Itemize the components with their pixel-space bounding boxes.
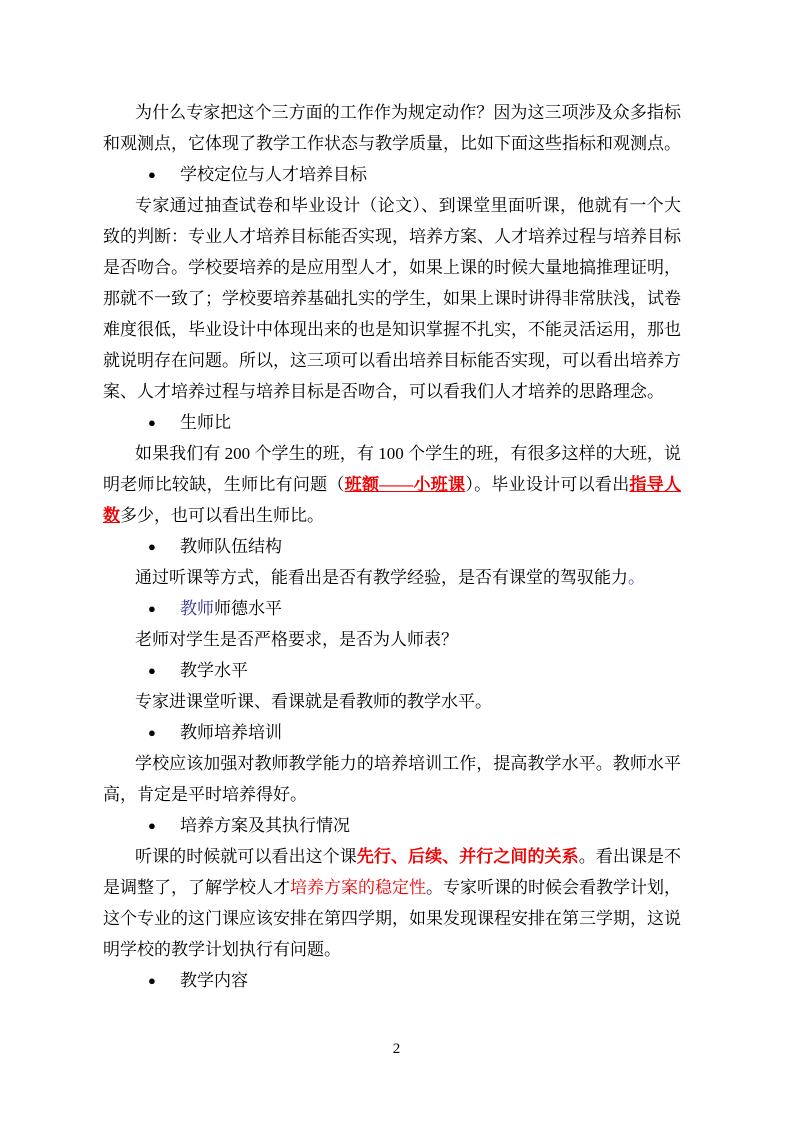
text-segment: 为什么专家把这个三方面的工作作为规定动作？因为这三项涉及众多指标和观测点，它体现… bbox=[103, 103, 681, 153]
bullet-item-teacher-training: ●教师培养培训 bbox=[103, 717, 681, 748]
bullet-label: 教师培养培训 bbox=[180, 723, 282, 742]
bullet-label: 学校定位与人才培养目标 bbox=[180, 165, 367, 184]
bullet-icon: ● bbox=[148, 531, 162, 562]
bullet-icon: ● bbox=[148, 810, 162, 841]
bullet-icon: ● bbox=[148, 407, 162, 438]
bullet-label: 教学内容 bbox=[180, 971, 248, 990]
paragraph-faculty-structure: 通过听课等方式，能看出是否有教学经验，是否有课堂的驾驭能力。 bbox=[103, 562, 681, 593]
paragraph-intro: 为什么专家把这个三方面的工作作为规定动作？因为这三项涉及众多指标和观测点，它体现… bbox=[103, 97, 681, 159]
paragraph-teaching-level: 专家进课堂听课、看课就是看教师的教学水平。 bbox=[103, 686, 681, 717]
highlight-plan-stability: 培养方案的稳定性 bbox=[290, 878, 426, 897]
bullet-label: 教学水平 bbox=[180, 661, 248, 680]
bullet-item-teaching-content: ●教学内容 bbox=[103, 965, 681, 996]
document-body: 为什么专家把这个三方面的工作作为规定动作？因为这三项涉及众多指标和观测点，它体现… bbox=[103, 97, 681, 996]
page-number: 2 bbox=[0, 1039, 793, 1059]
blue-period: 。 bbox=[628, 568, 645, 587]
text-segment: 专家通过抽查试卷和毕业设计（论文）、到课堂里面听课，他就有一个大致的判断：专业人… bbox=[103, 196, 681, 401]
bullet-item-teaching-level: ●教学水平 bbox=[103, 655, 681, 686]
text-segment: 多少，也可以看出生师比。 bbox=[120, 506, 324, 525]
bullet-item-faculty-structure: ●教师队伍结构 bbox=[103, 531, 681, 562]
bullet-label-blue-part: 教师 bbox=[180, 599, 214, 618]
text-segment: 专家进课堂听课、看课就是看教师的教学水平。 bbox=[135, 692, 492, 711]
bullet-label: 培养方案及其执行情况 bbox=[180, 816, 350, 835]
bullet-icon: ● bbox=[148, 593, 162, 624]
bullet-item-student-teacher-ratio: ●生师比 bbox=[103, 407, 681, 438]
highlight-course-relations: 先行、后续、并行之间的关系 bbox=[357, 847, 579, 866]
bullet-item-school-positioning: ●学校定位与人才培养目标 bbox=[103, 159, 681, 190]
bullet-icon: ● bbox=[148, 965, 162, 996]
paragraph-class-size: 如果我们有 200 个学生的班，有 100 个学生的班，有很多这样的大班，说明老… bbox=[103, 438, 681, 531]
document-page: 为什么专家把这个三方面的工作作为规定动作？因为这三项涉及众多指标和观测点，它体现… bbox=[0, 0, 793, 1122]
text-segment: ）。毕业设计可以看出 bbox=[465, 475, 629, 494]
highlight-class-size: 班额——小班课 bbox=[345, 475, 466, 494]
bullet-label: 生师比 bbox=[180, 413, 231, 432]
text-segment: 学校应该加强对教师教学能力的培养培训工作，提高教学水平。教师水平高，肯定是平时培… bbox=[103, 754, 681, 804]
paragraph-teacher-training: 学校应该加强对教师教学能力的培养培训工作，提高教学水平。教师水平高，肯定是平时培… bbox=[103, 748, 681, 810]
bullet-icon: ● bbox=[148, 655, 162, 686]
paragraph-teacher-ethics: 老师对学生是否严格要求，是否为人师表？ bbox=[103, 624, 681, 655]
paragraph-training-plan: 听课的时候就可以看出这个课先行、后续、并行之间的关系。看出课是不是调整了，了解学… bbox=[103, 841, 681, 965]
bullet-icon: ● bbox=[148, 159, 162, 190]
bullet-label: 教师队伍结构 bbox=[180, 537, 282, 556]
paragraph-expert-judgement: 专家通过抽查试卷和毕业设计（论文）、到课堂里面听课，他就有一个大致的判断：专业人… bbox=[103, 190, 681, 407]
bullet-item-training-plan: ●培养方案及其执行情况 bbox=[103, 810, 681, 841]
text-segment: 通过听课等方式，能看出是否有教学经验，是否有课堂的驾驭能力 bbox=[135, 568, 628, 587]
bullet-icon: ● bbox=[148, 717, 162, 748]
bullet-label: 师德水平 bbox=[214, 599, 282, 618]
bullet-item-teacher-ethics: ●教师师德水平 bbox=[103, 593, 681, 624]
text-segment: 听课的时候就可以看出这个课 bbox=[135, 847, 357, 866]
text-segment: 老师对学生是否严格要求，是否为人师表？ bbox=[135, 630, 458, 649]
